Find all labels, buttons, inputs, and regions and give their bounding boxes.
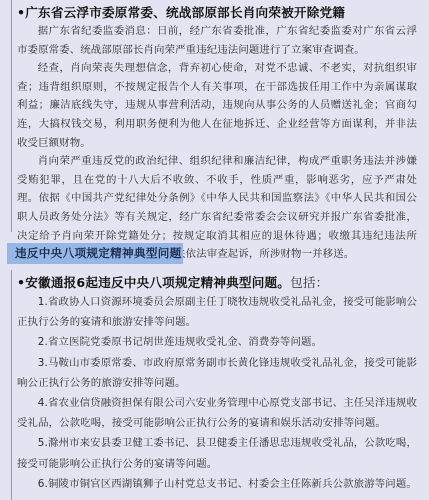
case-item: 5.滁州市来安县委卫健工委书记、县卫健委主任潘思忠违规收受礼品，公款吃喝，接受可…: [17, 433, 417, 473]
section-heading: 违反中央八项规定精神典型问题: [7, 243, 183, 264]
case-item: 3.马鞍山市委原常委、市政府原常务副市长黄化锋违规收受礼品礼金，接受可能影响公正…: [17, 353, 417, 393]
page: •广东省云浮市委原常委、统战部原部长肖向荣被开除党籍 据广东省纪委监委消息：日前…: [0, 0, 429, 500]
article-title: •广东省云浮市委原常委、统战部原部长肖向荣被开除党籍: [17, 3, 417, 22]
article-paragraph: 据广东省纪委监委消息：日前，经广东省委批准，广东省纪委监委对广东省云浮市委原常委…: [17, 22, 417, 59]
case-item: 2.省立医院党委原书记胡世莲违规收受礼金、消费券等问题。: [17, 332, 417, 352]
article-guangdong: •广东省云浮市委原常委、统战部原部长肖向荣被开除党籍 据广东省纪委监委消息：日前…: [11, 0, 417, 232]
case-item: 6.铜陵市铜官区西湖镇狮子山村党总支书记、村委会主任陈新兵公款旅游等问题。: [17, 474, 417, 494]
article-anhui: •安徽通报6起违反中央八项规定精神典型问题。包括： 1.省政协人口资源环境委员会…: [11, 270, 417, 500]
article-title-suffix: 包括：: [290, 275, 328, 290]
case-item: 1.省政协人口资源环境委员会原副主任丁晓牧违规收受礼品礼金，接受可能影响公正执行…: [17, 292, 417, 332]
case-item: 4.省农业信贷融资担保有限公司六安业务管理中心原党支部书记、主任吴洋违规收受礼品…: [17, 393, 417, 433]
article-paragraph: 经查，肖向荣丧失理想信念，背弃初心使命，对党不忠诚、不老实，对抗组织审查；违背组…: [17, 59, 417, 152]
article-title: •安徽通报6起违反中央八项规定精神典型问题。包括：: [17, 273, 417, 292]
article-title-bold: •安徽通报6起违反中央八项规定精神典型问题。: [17, 275, 290, 290]
section-heading-label: 违反中央八项规定精神典型问题: [7, 243, 183, 264]
